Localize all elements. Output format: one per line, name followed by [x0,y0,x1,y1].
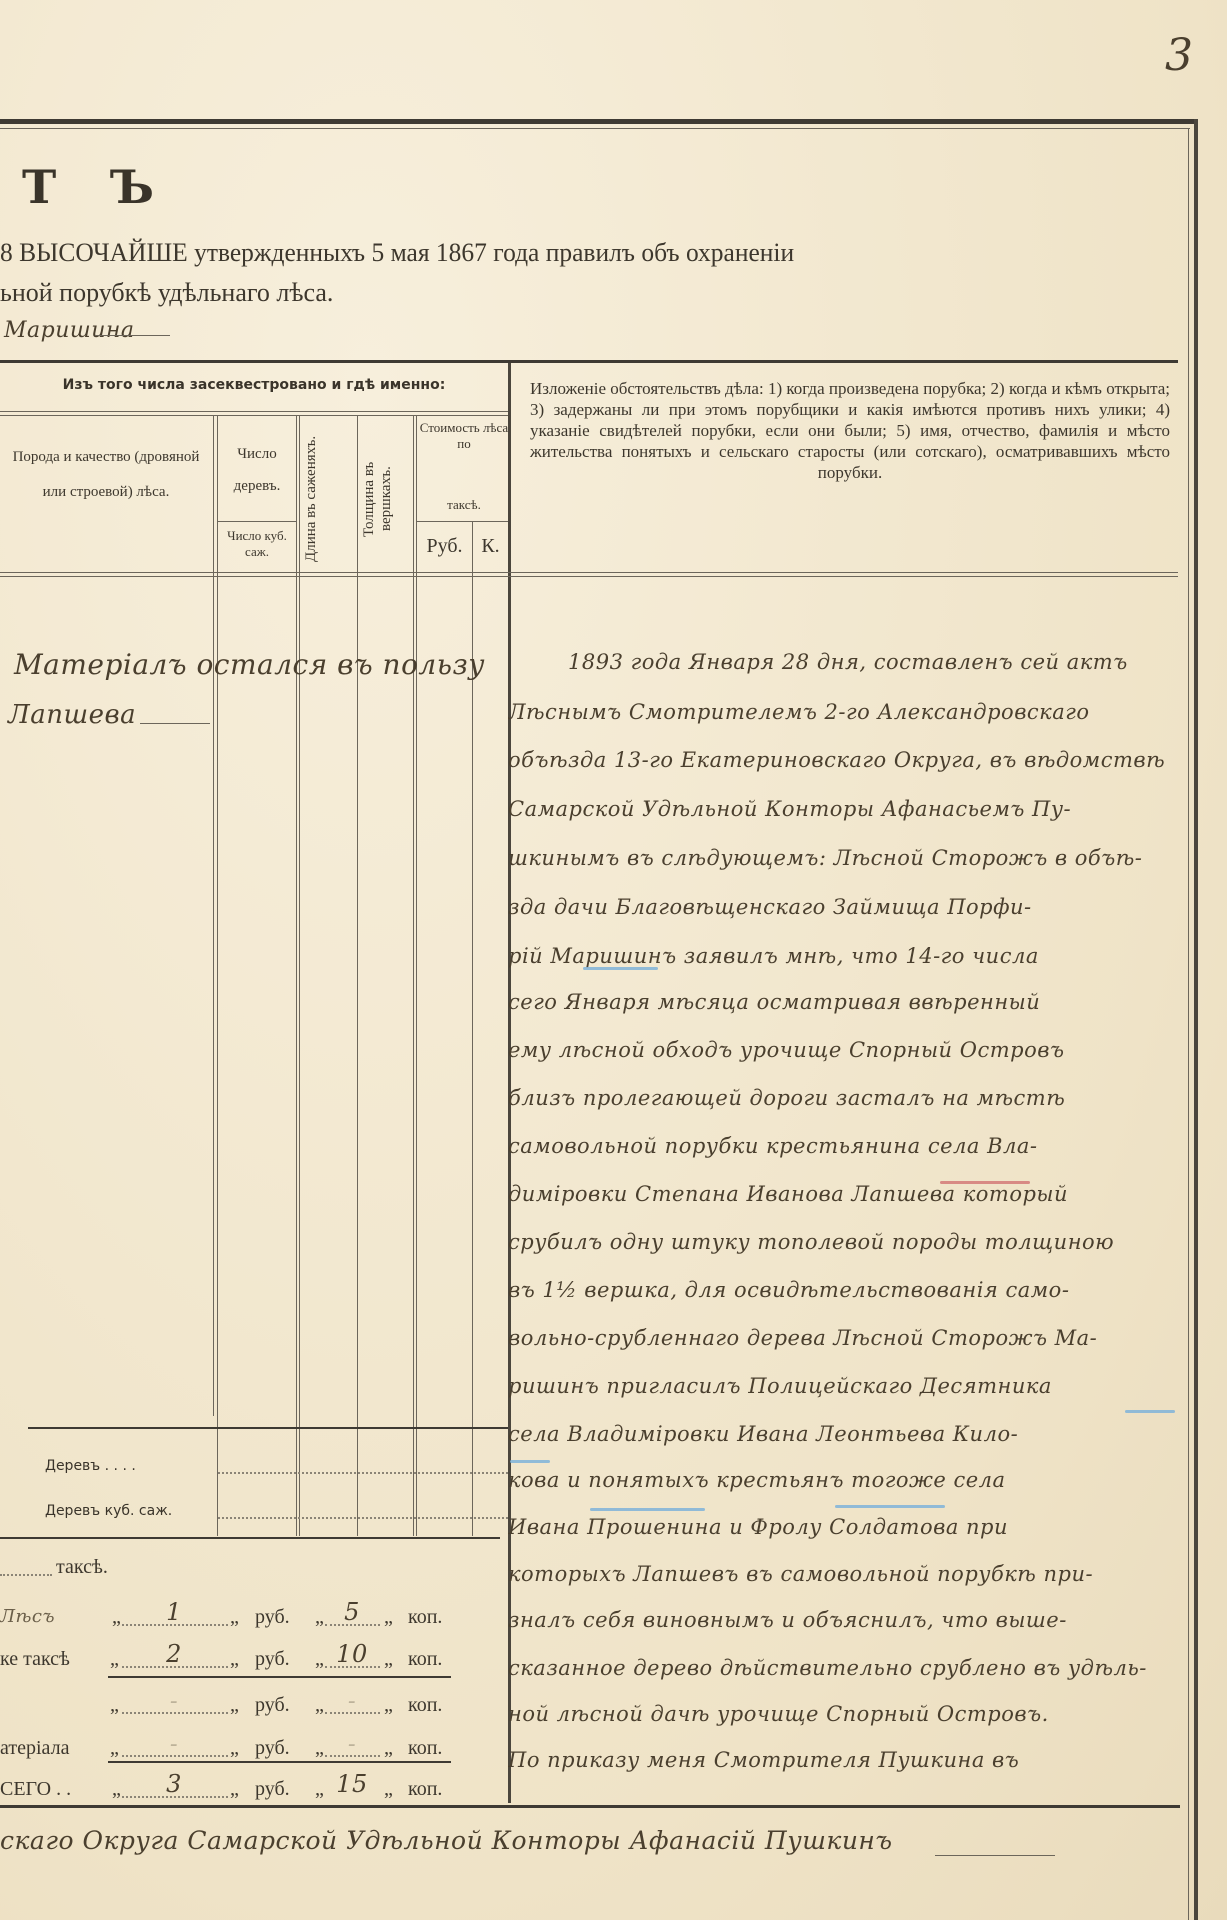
title-glyph-2: Ъ [110,160,154,214]
handwritten-note-line-2: Лапшева [8,700,136,730]
col-trees-header: Число деревъ. [220,438,294,502]
narrative-line: ему лѣсной обходъ урочище Спорный Остров… [508,1038,1183,1062]
quote-open: „ [110,1648,119,1671]
kop-unit: коп. [408,1694,442,1717]
blue-underline-proshenin [590,1508,705,1511]
kop-unit: коп. [408,1606,442,1629]
narrative-line: сказанное дерево дѣйствительно срублено … [508,1656,1183,1680]
rub-unit: руб. [255,1694,290,1717]
col-line-4b [416,416,417,1536]
totals-top-rule [28,1427,508,1429]
page-number: 3 [1165,30,1194,81]
quote-close: „ [384,1737,393,1760]
tax-row-label: атеріала [0,1737,69,1760]
tax-row-label: Лѣсъ [0,1606,55,1627]
right-border-outer [1194,119,1198,1920]
tax-row-5-dots-rub [122,1796,228,1798]
group-header-rule [0,411,508,412]
narrative-line: сего Января мѣсяца осматривая ввѣренный [508,990,1183,1014]
narrative-line: близъ пролегающей дороги засталъ на мѣст… [508,1086,1183,1110]
page-title-line-1: 8 ВЫСОЧАЙШЕ утвержденныхъ 5 мая 1867 год… [0,238,794,268]
narrative-line: села Владиміровки Ивана Леонтьева Кило- [508,1422,1183,1446]
tax-row-label: ке таксѣ [0,1648,70,1671]
tax-rub-value: – [120,1694,228,1710]
right-border-inner [1188,128,1189,1920]
quote-close: „ [230,1648,239,1671]
col-line-2a [296,416,297,1536]
quote-close: „ [230,1606,239,1629]
group-header: Изъ того числа засеквестровано и гдѣ име… [0,377,508,393]
narrative-line: которыхъ Лапшевъ въ самовольной порубкѣ … [508,1562,1183,1586]
narrative-line: кова и понятыхъ крестьянъ тогоже села [508,1468,1183,1492]
col-length-header: Длина въ саженяхъ. [303,430,353,568]
narrative-line: диміровки Степана Иванова Лапшева которы… [508,1182,1183,1206]
bottom-rule [0,1805,1180,1808]
quote-close: „ [384,1694,393,1717]
tax-row-3-dots-kop [325,1712,380,1714]
tax-row-4-dots-kop [325,1755,380,1757]
title-glyph-1: Т [22,160,56,214]
narrative-line: объѣзда 13-го Екатериновскаго Округа, въ… [508,748,1183,772]
tax-row-4-dots-rub [122,1755,228,1757]
quote-close: „ [384,1778,393,1801]
kop-unit: коп. [408,1778,442,1801]
quote-close: „ [384,1606,393,1629]
top-rule [0,119,1198,124]
top-rule-inner [0,128,1190,129]
note-flourish [140,723,210,724]
handwritten-note-line-1: Матеріалъ остался въ пользу [14,648,485,681]
kop-unit: коп. [408,1737,442,1760]
header-bottom-rule-2 [0,576,1178,577]
narrative-line: 1893 года Января 28 дня, составленъ сей … [508,650,1227,674]
col-cubic-header: Число куб. саж. [220,528,294,560]
tax-kop-value: 5 [322,1598,382,1626]
narrative-line: ной лѣсной дачѣ урочище Спорный Островъ. [508,1702,1183,1726]
page-title-line-2: ьной порубкѣ удѣльнаго лѣса. [0,278,333,308]
header-bottom-rule [0,572,1178,573]
tax-total-rule [108,1761,451,1763]
totals-bottom-rule [0,1537,500,1539]
narrative-line: зда дачи Благовѣщенскаго Займища Порфи- [508,895,1183,919]
signature: скаго Округа Самарской Удѣльной Конторы … [0,1826,893,1855]
rub-unit: руб. [255,1778,290,1801]
tax-rub-value: – [120,1737,228,1753]
blue-underline-marishin [583,967,658,970]
narrative-line: Ивана Прошенина и Фролу Солдатова при [508,1515,1183,1539]
tax-header-dots [0,1574,52,1576]
narrative-line: Лѣснымъ Смотрителемъ 2-го Александровска… [508,700,1183,724]
tax-row-3-dots-rub [122,1712,228,1714]
narrative-line: срубилъ одну штуку тополевой породы толщ… [508,1230,1183,1254]
kop-unit: коп. [408,1648,442,1671]
signature-flourish [935,1855,1055,1856]
tax-kop-value: – [322,1737,382,1753]
quote-close: „ [230,1778,239,1801]
tax-total-rub: 3 [120,1770,228,1798]
narrative-line: рій Маришинъ заявилъ мнѣ, что 14-го числ… [508,944,1183,968]
col-thickness-header: Толщина въ вершкахъ. [361,430,411,568]
narrative-line: шкинымъ въ слѣдующемъ: Лѣсной Сторожъ в … [508,846,1183,870]
quote-close: „ [230,1737,239,1760]
tax-row-2-dots-rub [122,1666,228,1668]
totals-trees-label: Деревъ . . . . [45,1458,136,1474]
tax-rub-value: 2 [120,1640,228,1668]
narrative-line: зналъ себя виновнымъ и объяснилъ, что вы… [508,1608,1183,1632]
rub-unit: руб. [255,1606,290,1629]
narrative-line: самовольной порубки крестьянина села Вла… [508,1134,1183,1158]
tax-rub-value: 1 [120,1598,228,1626]
cost-subrule [417,521,508,522]
tax-total-kop: 15 [322,1770,382,1798]
totals-cubic-label: Деревъ куб. саж. [45,1503,172,1519]
handwritten-name: Маришина [4,318,135,343]
rub-unit: руб. [255,1737,290,1760]
col-line-2b [299,416,300,1536]
narrative-line: вольно-срубленнаго дерева Лѣсной Сторожъ… [508,1326,1183,1350]
col-line-1a [213,416,214,1416]
narrative-line: въ 1½ вершка, для освидѣтельствованія са… [508,1278,1183,1302]
group-header-rule-2 [0,415,508,416]
col-rub-header: Руб. [417,535,472,558]
tax-subtotal-rule [108,1676,451,1678]
table-top-rule [0,360,1178,363]
tax-kop-value: – [322,1694,382,1710]
tax-total-label: СЕГО . . [0,1778,71,1801]
col-species-header: Порода и качество (дровяной или строевой… [6,440,206,510]
tax-row-1-dots-rub [122,1624,228,1626]
quote-open: „ [110,1737,119,1760]
section-divider [508,363,511,1803]
narrative-line: Самарской Удѣльной Конторы Афанасьемъ Пу… [508,797,1183,821]
quote-close: „ [230,1694,239,1717]
quote-open: „ [110,1694,119,1717]
narrative-line: По приказу меня Смотрителя Пушкина въ [508,1748,1183,1772]
col-cost-header: Стоимость лѣса по [418,420,510,452]
totals-cubic-dots [218,1517,508,1519]
col-cost-header-2: таксѣ. [418,497,510,513]
blue-underline-kilokov-2 [510,1460,550,1463]
name-flourish [95,335,170,336]
tax-row-2-dots-kop [325,1666,380,1668]
rub-unit: руб. [255,1648,290,1671]
trees-subrule [218,521,296,522]
totals-trees-dots [218,1472,508,1474]
circumstances-header: Изложеніе обстоятельствъ дѣла: 1) когда … [530,378,1170,483]
col-kop-header: К. [473,535,508,558]
col-line-1b [217,416,218,1536]
blue-underline-soldatov [835,1505,945,1508]
red-underline-lapshev [940,1181,1030,1184]
narrative-line: ришинъ пригласилъ Полицейскаго Десятника [508,1374,1183,1398]
blue-underline-kilokov-1 [1125,1410,1175,1413]
col-line-3 [357,416,358,1536]
col-line-4a [413,416,414,1536]
tax-header: таксѣ. [56,1556,108,1579]
quote-close: „ [384,1648,393,1671]
tax-row-1-dots-kop [325,1624,380,1626]
tax-kop-value: 10 [322,1640,382,1668]
